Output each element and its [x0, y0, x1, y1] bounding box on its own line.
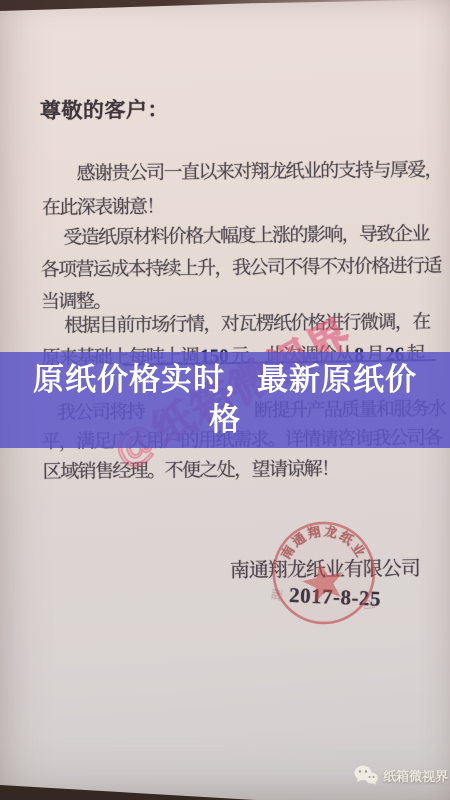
company-seal-stamp-icon: 南通翔龙纸业 理 司: [267, 516, 380, 629]
letter-line: 受造纸原材料价格大幅度上涨的影响，导致企业: [63, 219, 429, 250]
letter-line: 区域销售经理。不便之处，望请谅解！: [43, 454, 339, 484]
headline-title-line2: 格: [209, 400, 241, 440]
letter-line: 各项营运成本持续上升，我公司不得不对价格进行适: [40, 251, 440, 282]
letter-line: 根据目前市场行情，对瓦楞纸价格进行微调，在: [64, 307, 430, 338]
letter-line: 在此深表谢意！: [42, 192, 164, 220]
seal-side-smudge: 理: [269, 588, 285, 602]
letter-line: 感谢贵公司一直以来对翔龙纸业的支持与厚爱，: [76, 155, 442, 186]
wechat-bubbles-icon: [354, 765, 378, 785]
letter-greeting: 尊敬的客户：: [40, 94, 169, 125]
headline-overlay-band: 原纸价格实时，最新原纸价 格: [0, 352, 450, 448]
channel-watermark: 纸箱微视界: [354, 765, 448, 785]
photo-of-price-notice: 尊敬的客户： 感谢贵公司一直以来对翔龙纸业的支持与厚爱， 在此深表谢意！ 受造纸…: [0, 0, 450, 800]
seal-side-smudge: 司: [361, 597, 376, 610]
headline-title-line1: 原纸价格实时，最新原纸价: [33, 360, 417, 400]
channel-watermark-label: 纸箱微视界: [383, 766, 448, 785]
